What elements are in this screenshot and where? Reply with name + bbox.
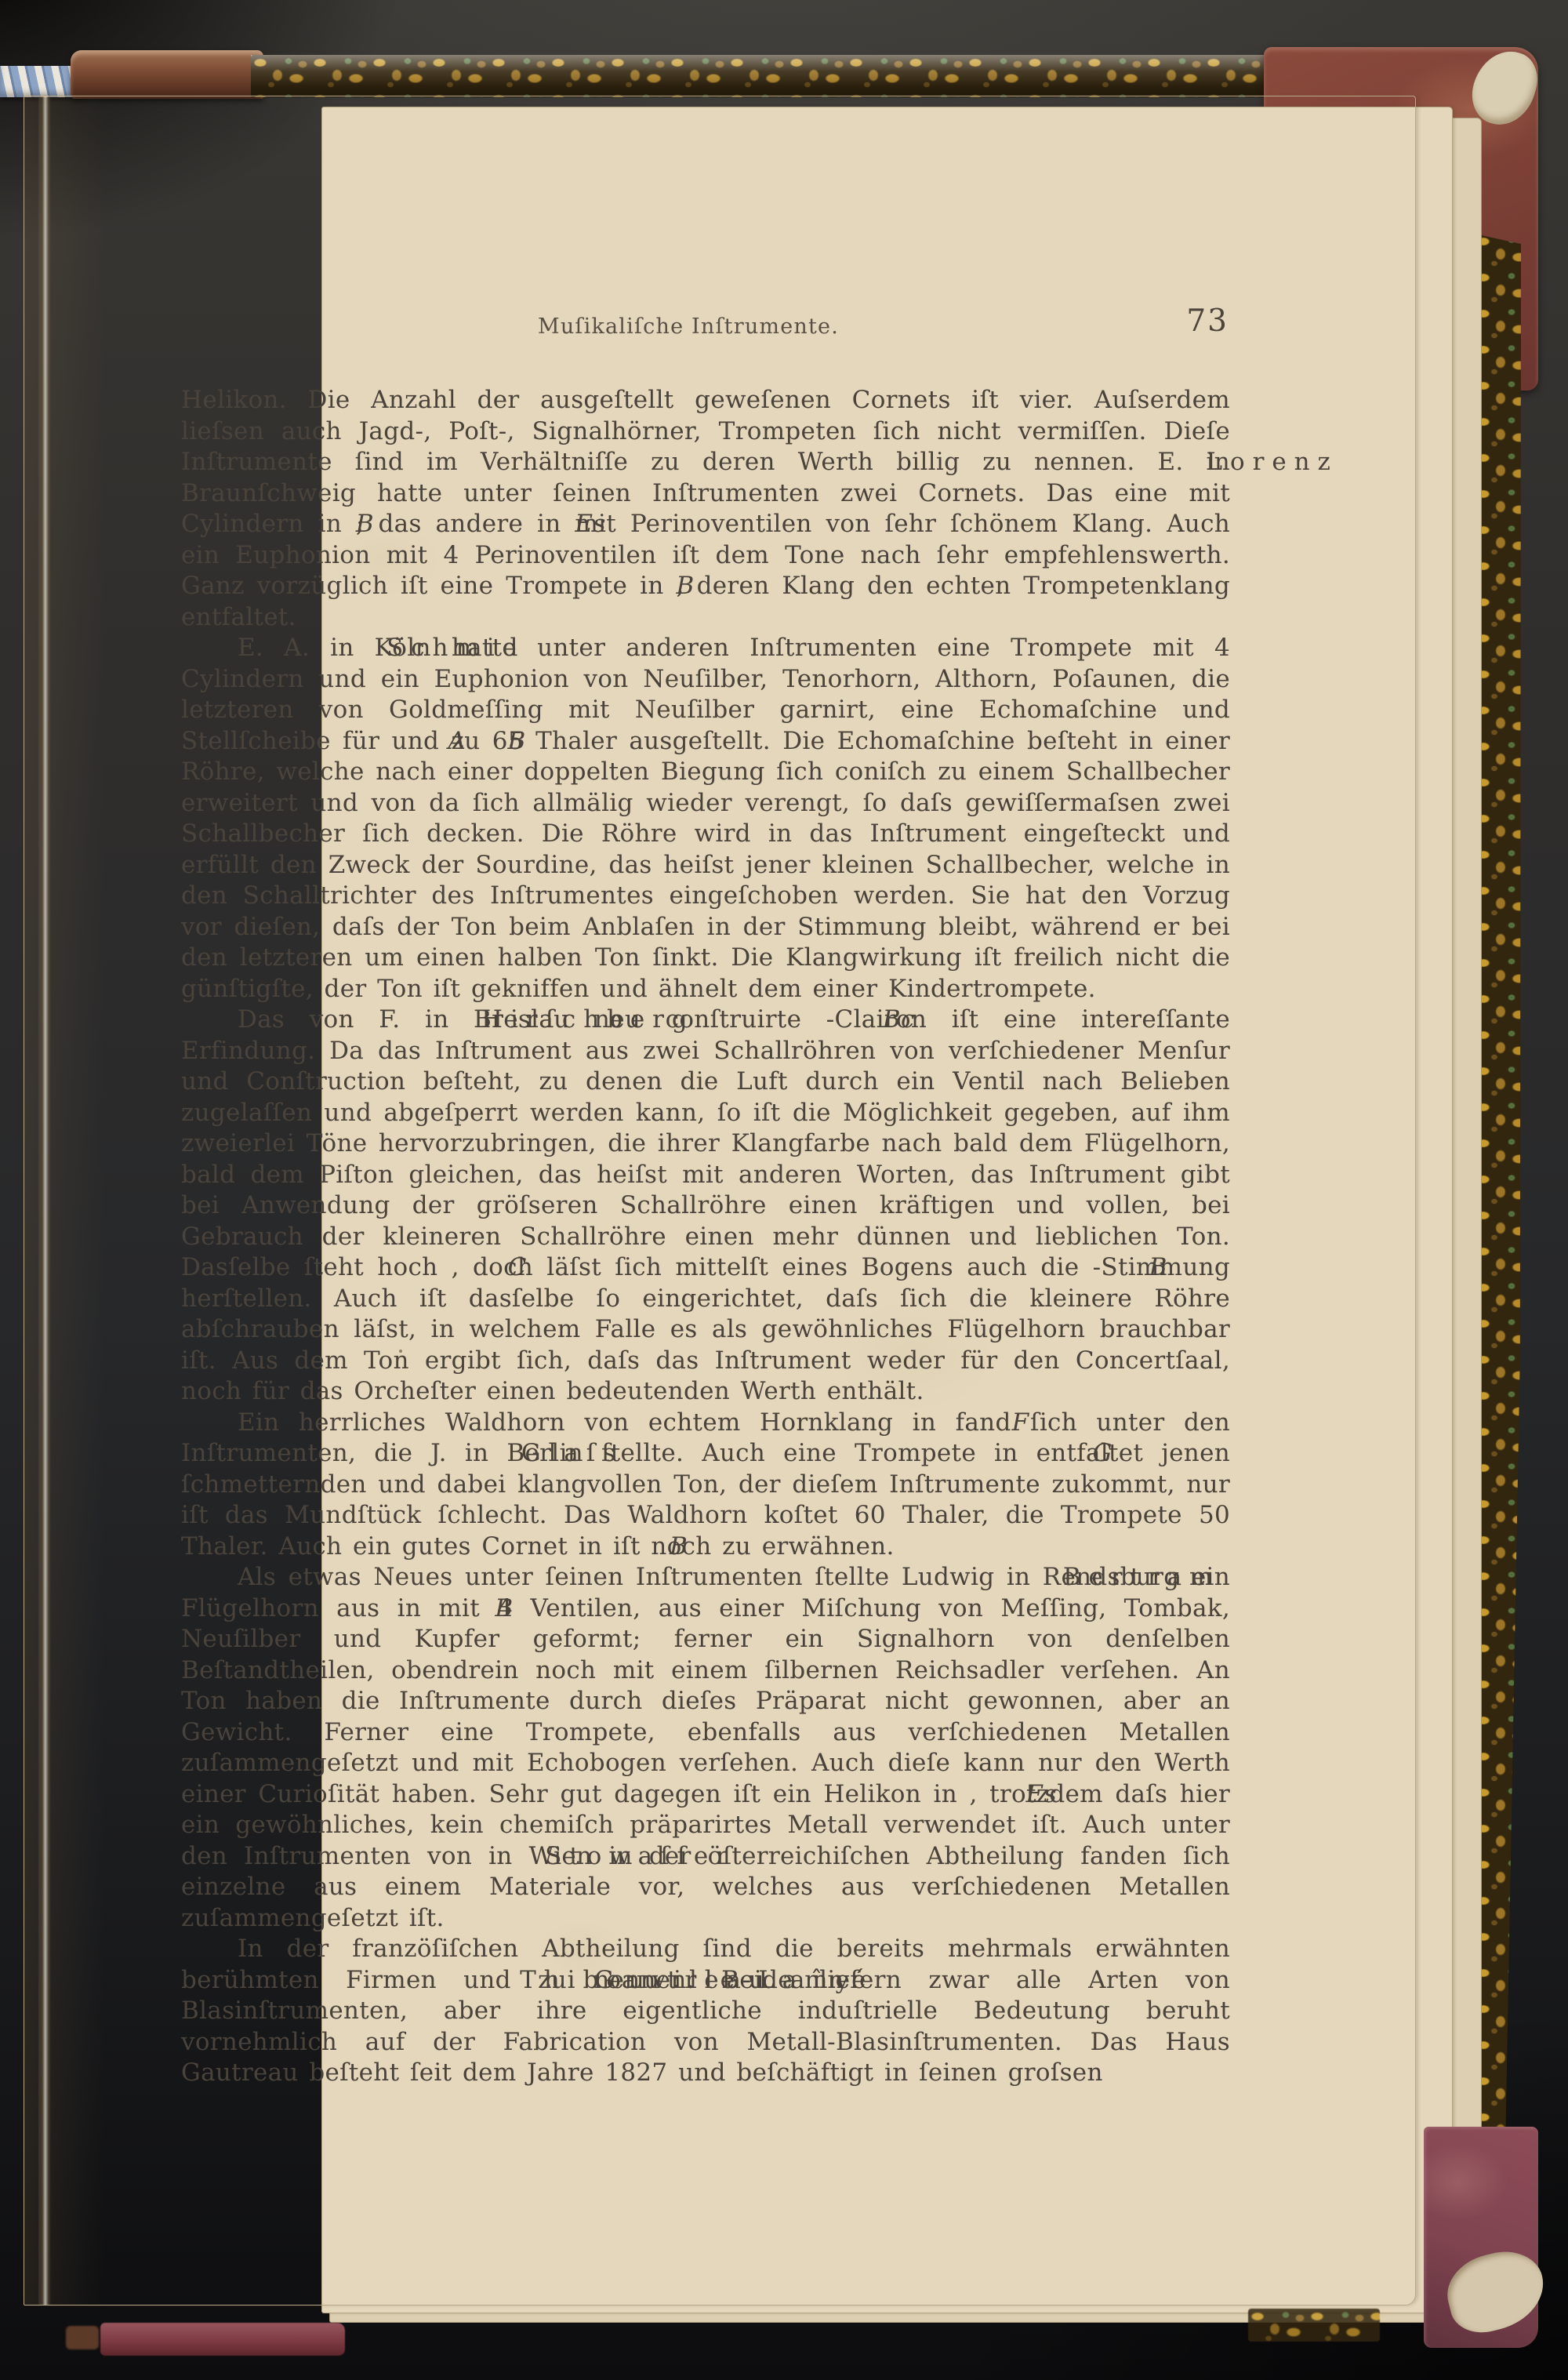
text-block: Helikon. Die Anzahl der ausgeſtellt gewe… [181,385,1230,2173]
page-header: Muſikaliſche Inſtrumente. 73 [181,310,1230,349]
bottom-marbled-bit [1248,2309,1380,2342]
photo-background: Muſikaliſche Inſtrumente. 73 Helikon. Di… [0,0,1568,2380]
bottom-cover-leather-strip [100,2323,345,2356]
book-page: Muſikaliſche Inſtrumente. 73 Helikon. Di… [24,96,1416,2306]
paragraph: In der franzöſiſchen Abtheilung ſind die… [181,1934,1230,2089]
paragraph: Das von F. Hirſchberg in Breslau neu con… [181,1005,1230,1408]
paragraph: E. A. Schmid in Köln hatte unter anderen… [181,633,1230,1005]
marbled-gloss [251,55,1303,97]
gutter-fold [38,96,51,2305]
running-header: Muſikaliſche Inſtrumente. [538,314,839,339]
page-number: 73 [1186,303,1229,339]
spine-top-leather [71,50,263,99]
paragraph: Ein herrliches Waldhorn von echtem Hornk… [181,1408,1230,1563]
paragraph: Als etwas Neues unter ſeinen Inſtrumente… [181,1562,1230,1934]
paragraph: Helikon. Die Anzahl der ausgeſtellt gewe… [181,385,1230,633]
board-top-marbled-edge [251,55,1303,97]
bottom-cover-leather-bit [66,2326,99,2349]
